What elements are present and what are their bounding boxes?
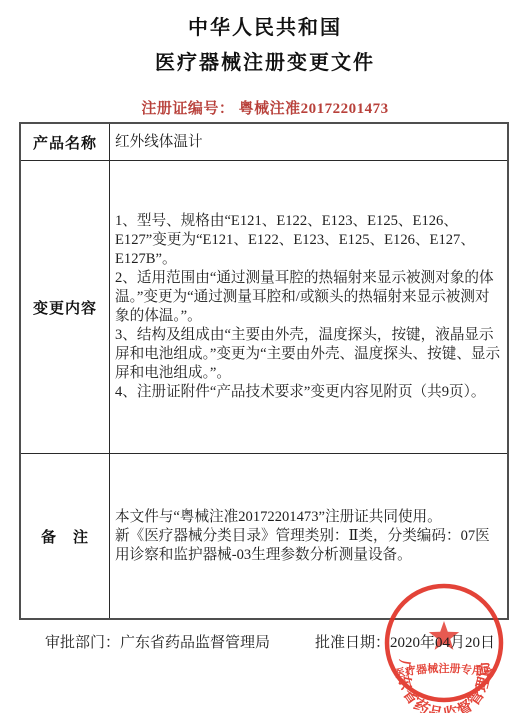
approval-date: 批准日期：2020年04月20日 xyxy=(315,631,495,652)
approval-department-value: 广东省药品监督管理局 xyxy=(120,635,270,651)
change-content-label-cell: 变更内容 xyxy=(21,161,110,454)
approval-footer: 审批部门：广东省药品监督管理局 批准日期：2020年04月20日 xyxy=(0,631,530,653)
document-title-country: 中华人民共和国 xyxy=(0,11,530,40)
approval-date-label: 批准日期： xyxy=(315,635,390,651)
document-title-type: 医疗器械注册变更文件 xyxy=(0,46,530,75)
registration-number-line: 注册证编号： 粤械注准20172201473 xyxy=(0,97,530,118)
approval-department-label: 审批部门： xyxy=(45,635,120,651)
change-content-value-cell: 1、型号、规格由“E121、E122、E123、E125、E126、E127”变… xyxy=(110,161,507,454)
registration-change-table: 产品名称 红外线体温计 变更内容 1、型号、规格由“E121、E122、E123… xyxy=(19,122,509,620)
product-name-value-cell: 红外线体温计 xyxy=(110,124,507,161)
remark-label-cell: 备 注 xyxy=(21,454,110,618)
product-name-label-cell: 产品名称 xyxy=(21,124,110,161)
approval-department: 审批部门：广东省药品监督管理局 xyxy=(45,631,270,652)
approval-date-value: 2020年04月20日 xyxy=(390,635,495,651)
